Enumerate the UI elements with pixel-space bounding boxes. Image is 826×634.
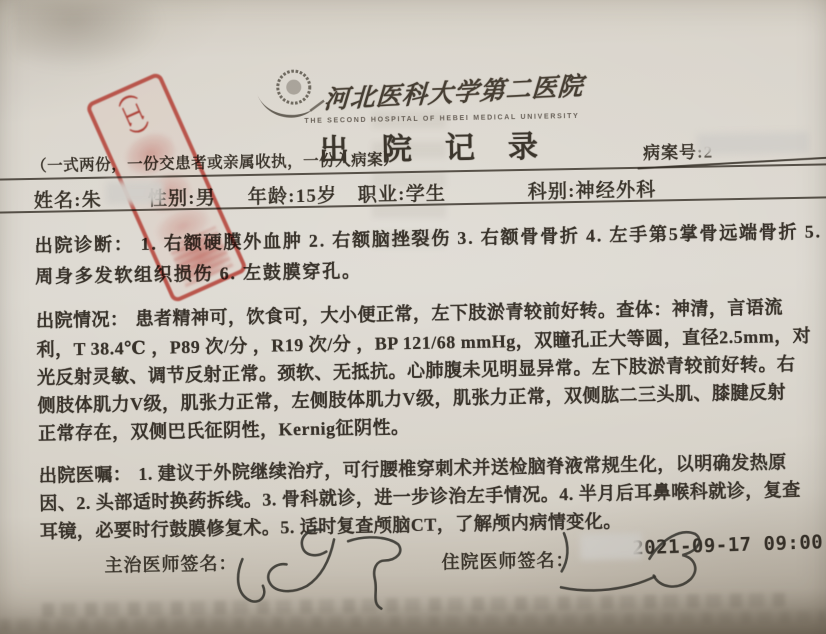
patient-name-field: 姓名:朱 (34, 185, 103, 213)
record-number-label: 病案号: (643, 143, 704, 163)
patient-age-value: 15岁 (296, 185, 338, 207)
advice-section-label: 出院医嘱： (39, 464, 132, 486)
patient-name-value: 朱 (82, 190, 103, 211)
document-photo: 河北医科大学第二医院 THE SECOND HOSPITAL OF HEBEI … (0, 0, 826, 634)
redaction-patch-record-number (697, 132, 809, 155)
patient-occupation-label: 职业: (358, 184, 406, 206)
diagnosis-text: 1. 右额硬膜外血肿 2. 右额脑挫裂伤 3. 右额骨骨折 4. 左手第5掌骨远… (140, 221, 822, 253)
resident-physician-label: 住院医师签名： (441, 546, 574, 574)
condition-section-label: 出院情况： (36, 309, 129, 331)
patient-age-label: 年龄: (248, 186, 296, 208)
attending-physician-label: 主治医师签名： (104, 549, 237, 577)
discharge-datetime: 2021-09-17 09:00 (632, 531, 824, 559)
discharge-record-document: 河北医科大学第二医院 THE SECOND HOSPITAL OF HEBEI … (0, 0, 826, 634)
patient-department-value: 神经外科 (575, 180, 656, 202)
patient-name-label: 姓名: (34, 190, 82, 212)
redaction-patch-name (105, 181, 163, 205)
patient-occupation-value: 学生 (406, 183, 447, 205)
patient-department-label: 科别: (528, 181, 576, 203)
diagnosis-section-label: 出院诊断： (34, 234, 133, 256)
attending-signature (237, 528, 401, 611)
hospital-name-cn: 河北医科大学第二医院 (323, 66, 585, 116)
redaction-patch-resident-signature (580, 533, 642, 560)
condition-line: 正常存在，双侧巴氏征阴性，Kernig征阴性。 (38, 413, 410, 446)
